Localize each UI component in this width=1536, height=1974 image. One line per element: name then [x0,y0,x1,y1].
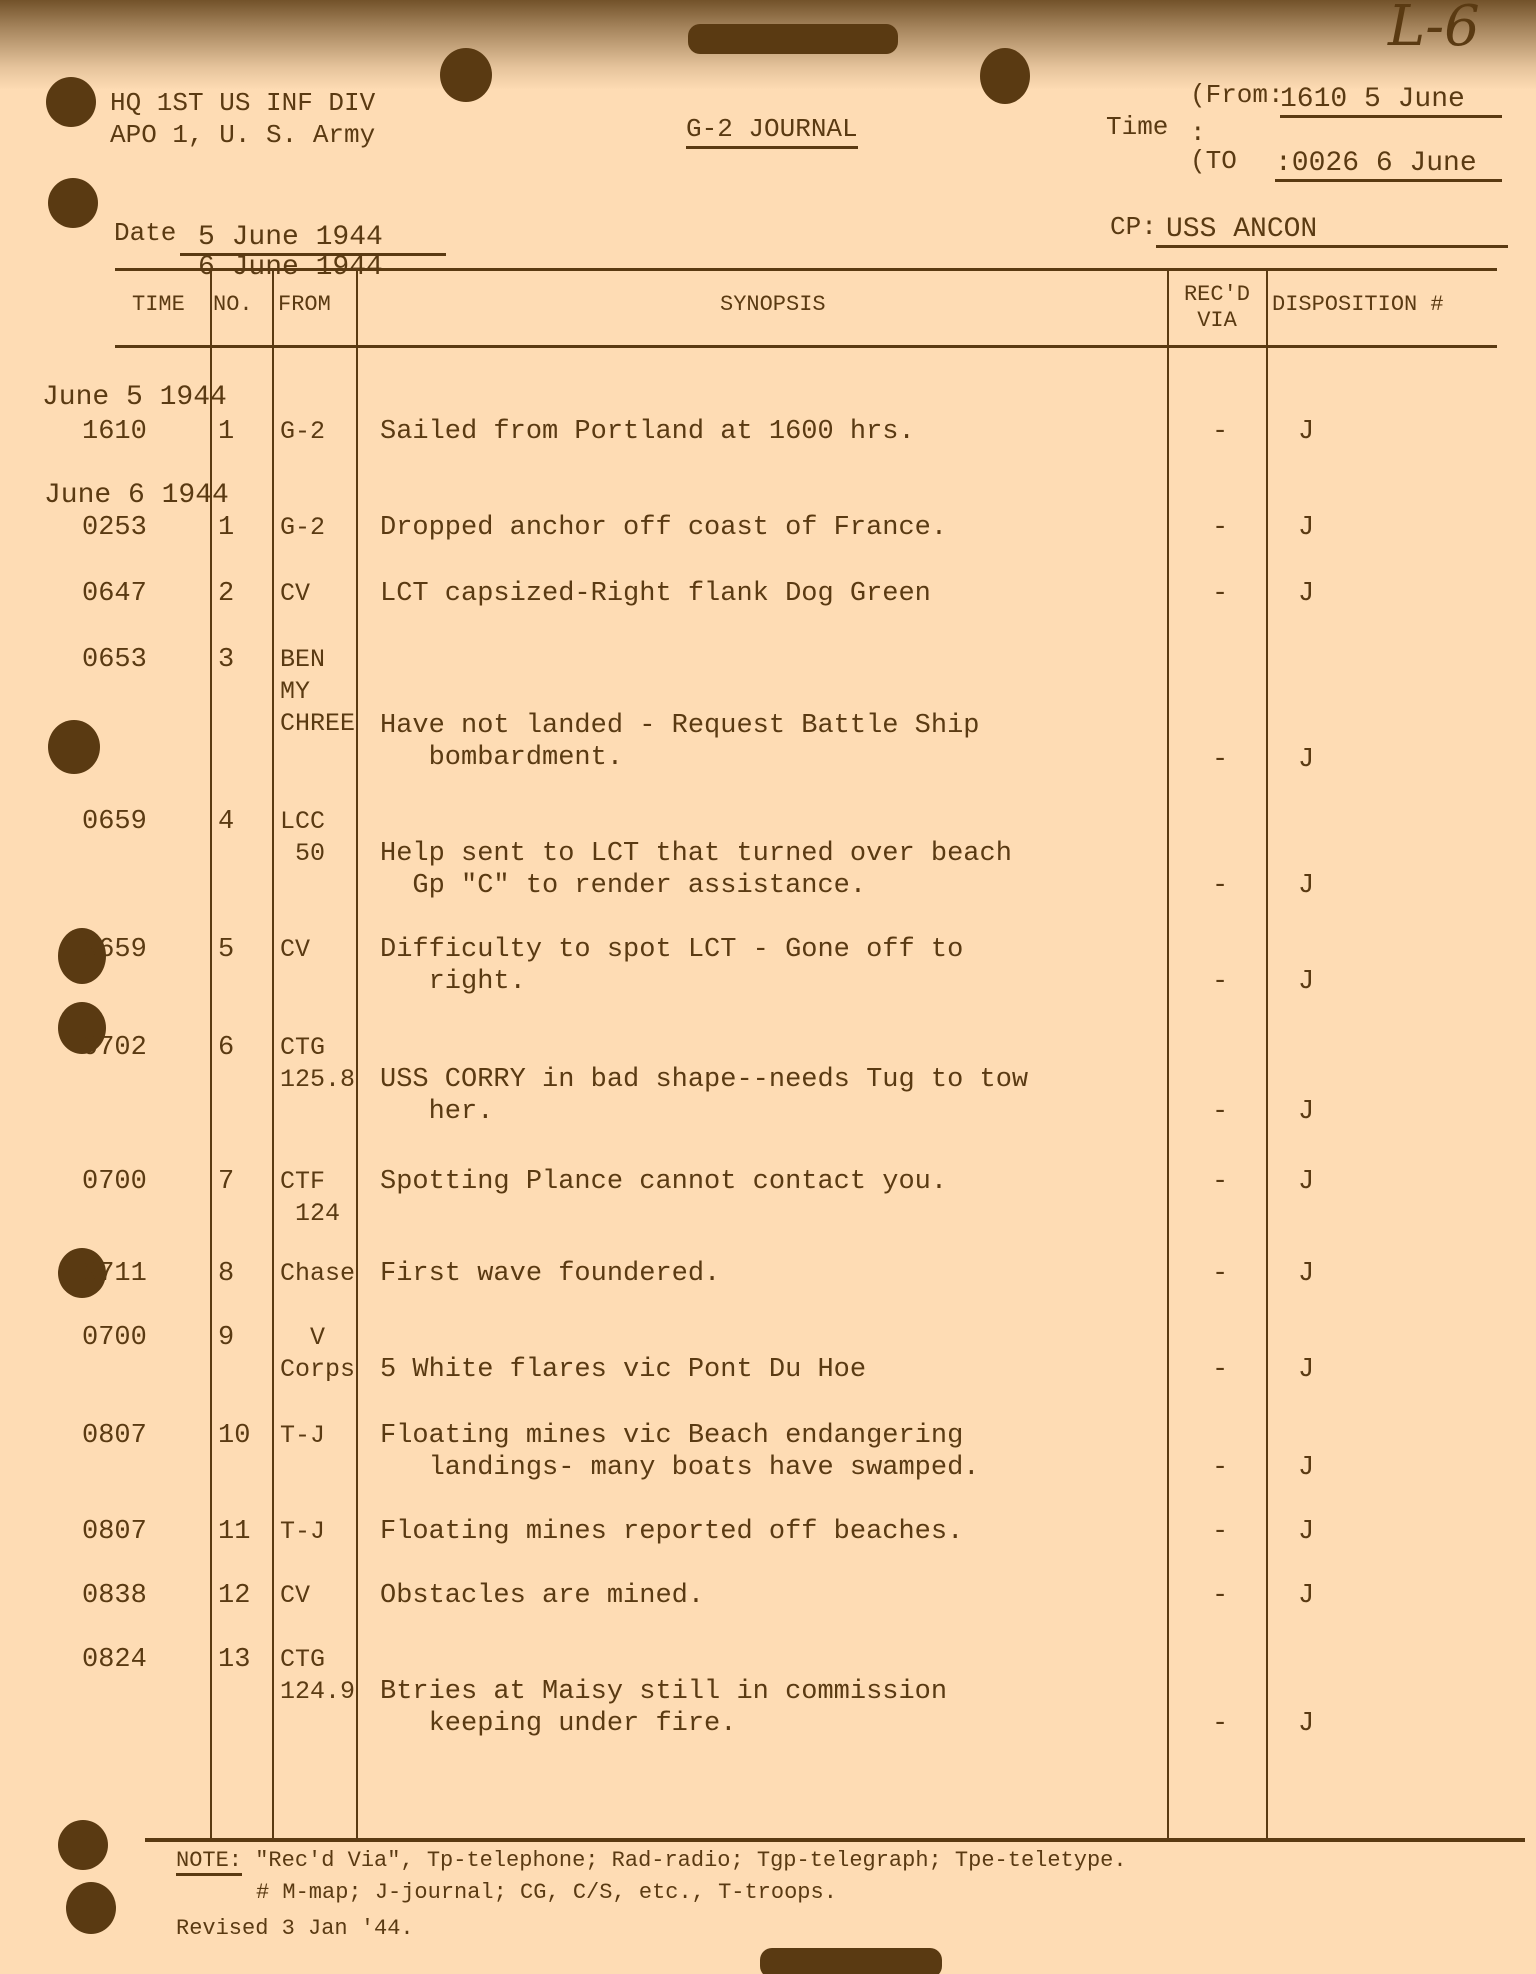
row-synopsis: Sailed from Portland at 1600 hrs. [380,416,915,448]
row-synopsis: Difficulty to spot LCT - Gone off to rig… [380,934,963,998]
row-recd-via: - [1212,1708,1228,1740]
row-time: 0702 [82,1032,147,1064]
row-time: 0700 [82,1322,147,1354]
row-synopsis: 5 White flares vic Pont Du Hoe [380,1354,866,1386]
row-from: Chase [280,1258,355,1290]
redaction-mark-top [688,24,898,54]
row-time: 0807 [82,1516,147,1548]
row-from: CV [280,934,310,966]
org-line-2: APO 1, U. S. Army [110,120,375,150]
table-bottom-rule [145,1838,1525,1842]
time-to-label: (TO [1190,146,1237,176]
row-disposition: J [1298,1580,1314,1612]
row-synopsis: Floating mines reported off beaches. [380,1516,963,1548]
time-label: Time [1106,112,1168,142]
row-disposition: J [1298,870,1314,902]
col-header-time: TIME [132,292,185,317]
redaction-mark-bottom [760,1948,942,1974]
row-disposition: J [1298,1096,1314,1128]
time-from-value: 1610 5 June [1280,84,1502,118]
row-time: 0253 [82,512,147,544]
note-line-2: # M-map; J-journal; CG, C/S, etc., T-tro… [256,1880,837,1905]
cp-label: CP: [1110,212,1157,242]
row-recd-via: - [1212,1580,1228,1612]
row-from: LCC 50 [280,806,325,870]
row-recd-via: - [1212,1516,1228,1548]
row-number: 1 [218,512,234,544]
row-number: 1 [218,416,234,448]
row-from: G-2 [280,416,325,448]
table-top-rule [115,268,1497,271]
row-number: 2 [218,578,234,610]
punch-hole [980,48,1030,104]
row-number: 11 [218,1516,250,1548]
row-recd-via: - [1212,578,1228,610]
org-line-1: HQ 1ST US INF DIV [110,88,375,118]
row-time: 0824 [82,1644,147,1676]
table-header-rule [115,345,1497,348]
row-disposition: J [1298,512,1314,544]
row-recd-via: - [1212,1096,1228,1128]
row-from: CTG 124.9 [280,1644,355,1708]
row-synopsis: Floating mines vic Beach endangering lan… [380,1420,980,1484]
punch-hole [440,48,492,102]
row-time: 1610 [82,416,147,448]
row-from: CV [280,1580,310,1612]
section-date-june-6: June 6 1944 [44,480,229,511]
revised-date: Revised 3 Jan '44. [176,1916,414,1941]
col-header-synopsis: SYNOPSIS [720,292,826,317]
row-disposition: J [1298,578,1314,610]
row-time: 0659 [82,934,147,966]
row-number: 9 [218,1322,234,1354]
row-synopsis: USS CORRY in bad shape--needs Tug to tow… [380,1064,1028,1128]
date-label: Date [114,218,176,248]
punch-hole [46,77,96,127]
row-from: CTF 124 [280,1166,340,1230]
col-header-from: FROM [278,292,331,317]
punch-hole [58,1820,108,1870]
row-from: T-J [280,1516,325,1548]
row-number: 8 [218,1258,234,1290]
row-from: G-2 [280,512,325,544]
row-synopsis: Spotting Plance cannot contact you. [380,1166,947,1198]
row-disposition: J [1298,966,1314,998]
cp-value: USS ANCON [1156,214,1508,248]
row-number: 7 [218,1166,234,1198]
row-disposition: J [1298,1516,1314,1548]
row-disposition: J [1298,1708,1314,1740]
row-disposition: J [1298,1354,1314,1386]
row-synopsis: Dropped anchor off coast of France. [380,512,947,544]
col-header-disposition: DISPOSITION # [1272,292,1444,317]
row-time: 0700 [82,1166,147,1198]
punch-hole [66,1882,116,1934]
time-to-value: :0026 6 June [1275,148,1502,182]
row-synopsis: Help sent to LCT that turned over beach … [380,838,1012,902]
punch-hole [48,720,100,774]
row-number: 6 [218,1032,234,1064]
row-recd-via: - [1212,870,1228,902]
row-recd-via: - [1212,416,1228,448]
row-from: CTG 125.8 [280,1032,355,1096]
row-recd-via: - [1212,966,1228,998]
row-number: 4 [218,806,234,838]
handwritten-mark: L-6 [1388,0,1480,59]
row-from: T-J [280,1420,325,1452]
col-divider-via [1266,270,1268,1838]
col-divider-from [356,270,358,1838]
col-divider-no [272,270,274,1838]
row-disposition: J [1298,1166,1314,1198]
note-line-1: "Rec'd Via", Tp-telephone; Rad-radio; Tg… [242,1848,1127,1873]
row-time: 0653 [82,644,147,676]
row-synopsis: Btries at Maisy still in commission keep… [380,1676,947,1740]
row-from: BEN MY CHREE [280,644,355,740]
row-recd-via: - [1212,744,1228,776]
row-disposition: J [1298,744,1314,776]
row-time: 0838 [82,1580,147,1612]
row-synopsis: LCT capsized-Right flank Dog Green [380,578,931,610]
col-header-recd-via: REC'D VIA [1172,282,1262,334]
row-disposition: J [1298,416,1314,448]
page-title: G-2 JOURNAL [686,114,858,149]
row-number: 3 [218,644,234,676]
row-recd-via: - [1212,1354,1228,1386]
row-from: CV [280,578,310,610]
row-time: 0647 [82,578,147,610]
row-from: V Corps [280,1322,355,1386]
row-number: 5 [218,934,234,966]
section-date-june-5: June 5 1944 [42,382,227,413]
col-divider-synopsis [1167,270,1169,1838]
row-number: 10 [218,1420,250,1452]
row-disposition: J [1298,1258,1314,1290]
row-recd-via: - [1212,1452,1228,1484]
row-time: 0807 [82,1420,147,1452]
row-synopsis: Have not landed - Request Battle Ship bo… [380,710,980,774]
row-synopsis: First wave foundered. [380,1258,720,1290]
date-value-1: 5 June 1944 [180,222,446,256]
row-synopsis: Obstacles are mined. [380,1580,704,1612]
col-header-no: NO. [213,292,253,317]
row-recd-via: - [1212,1166,1228,1198]
row-number: 12 [218,1580,250,1612]
time-colon: : [1190,118,1206,148]
note-label: NOTE: "Rec'd Via", Tp-telephone; Rad-rad… [176,1848,1127,1873]
time-from-label: (From: [1190,80,1284,110]
row-time: 0659 [82,806,147,838]
note-label-text: NOTE: [176,1848,242,1876]
punch-hole [48,178,98,228]
row-time: 0711 [82,1258,147,1290]
row-recd-via: - [1212,1258,1228,1290]
row-recd-via: - [1212,512,1228,544]
row-number: 13 [218,1644,250,1676]
row-disposition: J [1298,1452,1314,1484]
